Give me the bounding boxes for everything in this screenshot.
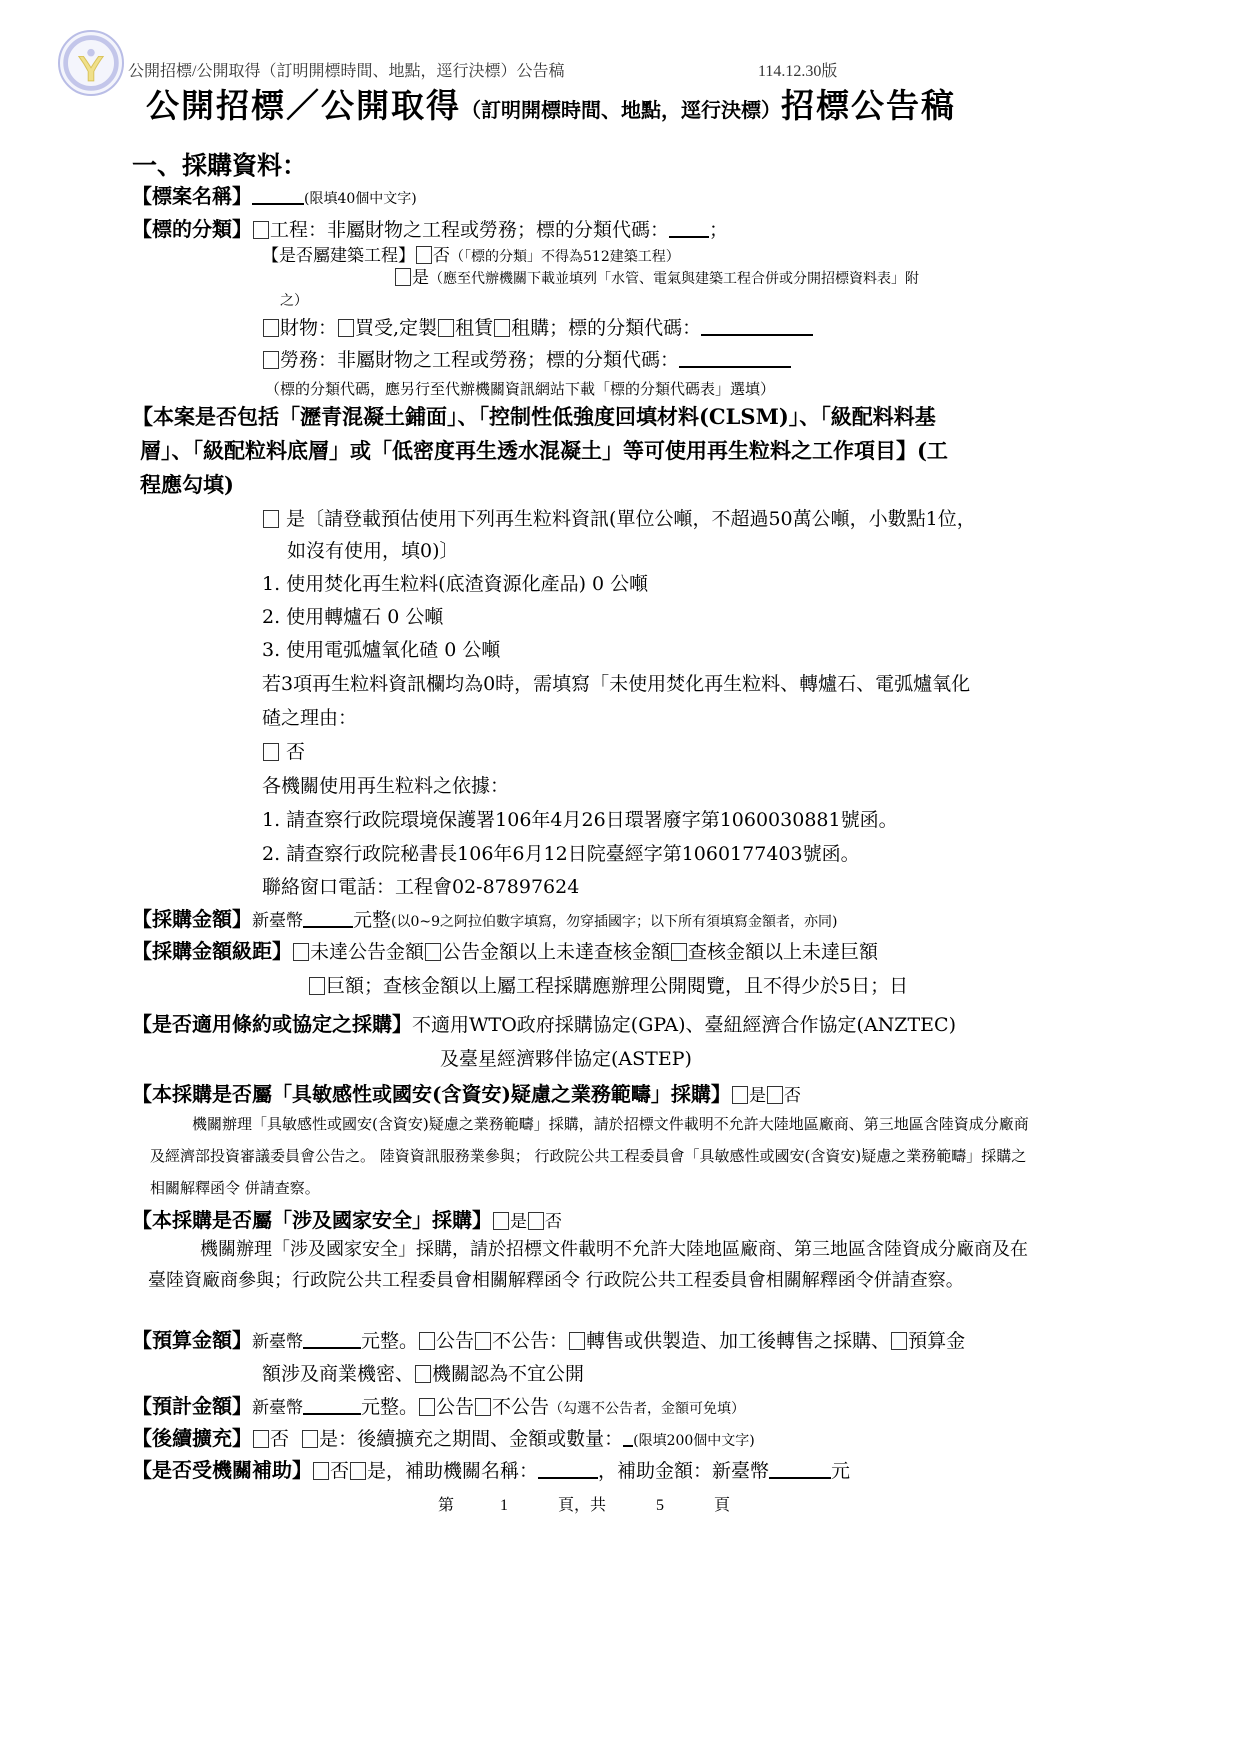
budget-reason1-checkbox[interactable] (569, 1332, 585, 1350)
subsidy-amount-text: ，補助金額：新臺幣 (598, 1460, 769, 1482)
recycled-zero-note-line1: 若3項再生粒料資訊欄均為0時，需填寫「未使用焚化再生粒料、轉爐石、電弧爐氧化 (262, 670, 970, 698)
national-security-yes-text: 是 (510, 1212, 527, 1232)
agency-logo (58, 30, 124, 96)
expansion-note: (限填200個中文字) (633, 1433, 755, 1449)
goods-hirepurchase-checkbox[interactable] (494, 319, 510, 337)
budget-prefix: 新臺幣 (252, 1332, 303, 1352)
expansion-row: 【後續擴充】否 是：後續擴充之期間、金額或數量：(限填200個中文字) (132, 1424, 755, 1455)
national-security-paragraph: 機關辦理「涉及國家安全」採購，請於招標文件載明不允許大陸地區廠商、第三地區含陸資… (148, 1234, 1028, 1296)
recycled-question-line1: 【本案是否包括「瀝青混凝土鋪面」、「控制性低強度回填材料(CLSM)」、「級配料… (132, 400, 936, 434)
national-security-label: 【本採購是否屬「涉及國家安全」採購】 (132, 1208, 492, 1232)
subsidy-no-checkbox[interactable] (313, 1462, 329, 1480)
goods-lease-checkbox[interactable] (438, 319, 454, 337)
sensitive-no-checkbox[interactable] (767, 1086, 783, 1104)
estimate-field[interactable] (303, 1395, 361, 1415)
recycled-yes-line2: 如沒有使用，填0)〕 (287, 537, 459, 565)
header-version: 114.12.30版 (758, 58, 837, 81)
range-opt3-text: 查核金額以上未達巨額 (688, 941, 878, 963)
recycled-basis-1: 1. 請查察行政院環境保護署106年4月26日環署廢字第1060030881號函… (262, 806, 898, 834)
building-label: 【是否屬建築工程】 (262, 246, 415, 266)
sensitive-row: 【本採購是否屬「具敏感性或國安(含資安)疑慮之業務範疇」採購】是否 (132, 1080, 801, 1110)
expansion-field[interactable] (623, 1427, 633, 1447)
subsidy-row: 【是否受機關補助】否是，補助機關名稱：，補助金額：新臺幣元 (132, 1456, 850, 1485)
subsidy-agency-field[interactable] (538, 1459, 598, 1479)
national-security-yes-checkbox[interactable] (493, 1212, 509, 1230)
building-no-text: 否 (433, 246, 450, 266)
building-yes-checkbox[interactable] (395, 268, 411, 286)
services-row: 勞務：非屬財物之工程或勞務；標的分類代碼： (262, 346, 791, 374)
amount-range-row2: 巨額；查核金額以上屬工程採購應辦理公開閱覽，且不得少於5日；日 (308, 972, 908, 1000)
subsidy-amount-field[interactable] (769, 1459, 831, 1479)
goods-lease-text: 租賃 (455, 317, 493, 339)
goods-checkbox[interactable] (263, 319, 279, 337)
goods-hirepurchase-text: 租購；標的分類代碼： (511, 317, 701, 339)
amount-range-row: 【採購金額級距】未達公告金額公告金額以上未達查核金額查核金額以上未達巨額 (132, 937, 878, 966)
title-paren: （訂明開標時間、地點，逕行決標） (461, 98, 781, 122)
amount-range-label: 【採購金額級距】 (132, 939, 292, 963)
recycled-no-checkbox[interactable] (263, 743, 279, 761)
goods-buy-text: 買受,定製 (355, 317, 437, 339)
page-title: 公開招標／公開取得（訂明開標時間、地點，逕行決標）招標公告稿 (146, 80, 956, 127)
estimate-note: （勾選不公告者，金額可免填） (549, 1401, 745, 1417)
recycled-question-line2: 層」、「級配粒料底層」或「低密度再生透水混凝土」等可使用再生粒料之工作項目】(工 (140, 434, 948, 468)
budget-reason2-checkbox[interactable] (891, 1332, 907, 1350)
range-opt4-text: 巨額；查核金額以上屬工程採購應辦理公開閱覽，且不得少於5日；日 (326, 975, 908, 997)
sensitive-label: 【本採購是否屬「具敏感性或國安(含資安)疑慮之業務範疇」採購】 (132, 1082, 731, 1106)
case-name-field[interactable] (252, 185, 304, 205)
amount-field[interactable] (303, 908, 353, 928)
engineering-end: ； (709, 219, 728, 241)
amount-prefix: 新臺幣 (252, 911, 303, 931)
budget-field[interactable] (303, 1329, 361, 1349)
budget-row: 【預算金額】新臺幣元整。公告不公告：轉售或供製造、加工後轉售之採購、預算金 (132, 1326, 965, 1356)
building-yes-note-cont: 之） (280, 290, 308, 310)
budget-private-text: 不公告： (492, 1330, 568, 1352)
page-footer: 第 1 頁，共 5 頁 (438, 1492, 730, 1515)
goods-code-field[interactable] (701, 316, 813, 336)
subsidy-yes-text: 是，補助機關名稱： (367, 1460, 538, 1482)
building-yes-note: （應至代辦機關下載並填列「水管、電氣與建築工程合併或分開招標資料表」附 (429, 271, 919, 287)
budget-reason2-text: 預算金 (908, 1330, 965, 1352)
recycled-no-row: 否 (262, 738, 305, 766)
budget-reason2b-text: 額涉及商業機密、 (262, 1363, 414, 1385)
recycled-item-1: 1. 使用焚化再生粒料(底渣資源化產品) 0 公噸 (262, 570, 648, 598)
recycled-item-2: 2. 使用轉爐石 0 公噸 (262, 603, 443, 631)
estimate-label: 【預計金額】 (132, 1394, 252, 1418)
header-subtitle: 公開招標/公開取得（訂明開標時間、地點，逕行決標）公告稿 (128, 58, 564, 81)
goods-text: 財物： (280, 317, 337, 339)
amount-note: (以0~9之阿拉伯數字填寫，勿穿插國字；以下所有須填寫金額者，亦同) (391, 914, 837, 930)
recycled-question-line3: 程應勾填) (140, 468, 234, 502)
national-security-no-checkbox[interactable] (528, 1212, 544, 1230)
case-name-row: 【標案名稱】(限填40個中文字) (132, 182, 417, 213)
footer-page-number: 1 (500, 1497, 508, 1515)
subsidy-label: 【是否受機關補助】 (132, 1458, 312, 1482)
budget-public-text: 公告 (436, 1330, 474, 1352)
services-text: 勞務：非屬財物之工程或勞務；標的分類代碼： (280, 349, 679, 371)
building-no-note: （「標的分類」不得為512建築工程） (450, 249, 680, 265)
footer-page-suffix: 頁 (714, 1492, 730, 1515)
budget-public-checkbox[interactable] (419, 1332, 435, 1350)
footer-total-prefix: 頁，共 (558, 1492, 606, 1515)
budget-suffix: 元整。 (361, 1330, 418, 1352)
sensitive-no-text: 否 (784, 1086, 801, 1106)
sensitive-paragraph: 機關辦理「具敏感性或國安(含資安)疑慮之業務範疇」採購，請於招標文件載明不允許大… (150, 1108, 1035, 1204)
budget-reason3-text: 機關認為不宜公開 (432, 1363, 584, 1385)
category-label: 【標的分類】 (132, 217, 252, 241)
building-no-checkbox[interactable] (416, 246, 432, 264)
range-under-public-checkbox[interactable] (293, 943, 309, 961)
range-public-checkbox[interactable] (425, 943, 441, 961)
recycled-basis-2: 2. 請查察行政院秘書長106年6月12日院臺經字第1060177403號函。 (262, 840, 860, 868)
expansion-label: 【後續擴充】 (132, 1426, 252, 1450)
sensitive-yes-text: 是 (749, 1086, 766, 1106)
treaty-row: 【是否適用條約或協定之採購】不適用WTO政府採購協定(GPA)、臺紐經濟合作協定… (132, 1010, 956, 1039)
expansion-yes-text: 是：後續擴充之期間、金額或數量： (319, 1428, 623, 1450)
expansion-no-text: 否 (270, 1428, 289, 1450)
range-opt1-text: 未達公告金額 (310, 941, 424, 963)
recycled-contact: 聯絡窗口電話：工程會02-87897624 (262, 873, 579, 901)
building-yes-row: 是（應至代辦機關下載並填列「水管、電氣與建築工程合併或分開招標資料表」附 (394, 264, 919, 293)
recycled-yes-row: 是〔請登載預估使用下列再生粒料資訊(單位公噸，不超過50萬公噸，小數點1位， (262, 505, 976, 533)
recycled-yes-checkbox[interactable] (263, 510, 279, 528)
services-checkbox[interactable] (263, 351, 279, 369)
budget-private-checkbox[interactable] (475, 1332, 491, 1350)
range-huge-checkbox[interactable] (309, 977, 325, 995)
treaty-label: 【是否適用條約或協定之採購】 (132, 1012, 412, 1036)
category-code-note: （標的分類代碼，應另行至代辦機關資訊網站下載「標的分類代碼表」選填） (265, 378, 775, 399)
goods-row: 財物：買受,定製租賃租購；標的分類代碼： (262, 314, 813, 342)
title-main-left: 公開招標／公開取得 (146, 86, 461, 125)
footer-total-pages: 5 (656, 1497, 664, 1515)
amount-row: 【採購金額】新臺幣元整(以0~9之阿拉伯數字填寫，勿穿插國字；以下所有須填寫金額… (132, 905, 837, 936)
engineering-checkbox[interactable] (253, 221, 269, 239)
subsidy-unit: 元 (831, 1460, 850, 1482)
amount-label: 【採購金額】 (132, 907, 252, 931)
recycled-zero-note-line2: 碴之理由： (262, 704, 357, 732)
budget-reason3-checkbox[interactable] (415, 1365, 431, 1383)
recycled-basis-heading: 各機關使用再生粒料之依據： (262, 772, 509, 800)
expansion-yes-checkbox[interactable] (302, 1430, 318, 1448)
case-name-note: (限填40個中文字) (304, 191, 417, 207)
recycled-item-3: 3. 使用電弧爐氧化碴 0 公噸 (262, 636, 500, 664)
recycled-no-text: 否 (286, 741, 305, 763)
footer-page-prefix: 第 (438, 1492, 454, 1515)
engineering-code-field[interactable] (669, 218, 709, 238)
estimate-suffix: 元整。 (361, 1396, 418, 1418)
budget-row2: 額涉及商業機密、機關認為不宜公開 (262, 1360, 584, 1388)
national-security-no-text: 否 (545, 1212, 562, 1232)
engineering-text: 工程：非屬財物之工程或勞務；標的分類代碼： (270, 219, 669, 241)
recycled-yes-text: 是〔請登載預估使用下列再生粒料資訊(單位公噸，不超過50萬公噸，小數點1位， (286, 508, 976, 530)
expansion-no-checkbox[interactable] (253, 1430, 269, 1448)
budget-reason1-text: 轉售或供製造、加工後轉售之採購、 (586, 1330, 890, 1352)
estimate-private-text: 不公告 (492, 1396, 549, 1418)
estimate-row: 【預計金額】新臺幣元整。公告不公告（勾選不公告者，金額可免填） (132, 1392, 745, 1423)
category-row: 【標的分類】工程：非屬財物之工程或勞務；標的分類代碼：； (132, 215, 728, 244)
logo-emblem-icon (60, 32, 122, 94)
treaty-text-line1: 不適用WTO政府採購協定(GPA)、臺紐經濟合作協定(ANZTEC) (412, 1014, 956, 1036)
services-code-field[interactable] (679, 348, 791, 368)
building-yes-text: 是 (412, 268, 429, 288)
amount-suffix: 元整 (353, 909, 391, 931)
subsidy-yes-checkbox[interactable] (350, 1462, 366, 1480)
national-security-row: 【本採購是否屬「涉及國家安全」採購】是否 (132, 1206, 562, 1236)
subsidy-no-text: 否 (330, 1460, 349, 1482)
section-heading: 一、採購資料： (132, 146, 307, 182)
estimate-public-text: 公告 (436, 1396, 474, 1418)
budget-label: 【預算金額】 (132, 1328, 252, 1352)
range-opt2-text: 公告金額以上未達查核金額 (442, 941, 670, 963)
estimate-private-checkbox[interactable] (475, 1398, 491, 1416)
sensitive-yes-checkbox[interactable] (732, 1086, 748, 1104)
estimate-prefix: 新臺幣 (252, 1398, 303, 1418)
range-audit-checkbox[interactable] (671, 943, 687, 961)
treaty-text-line2: 及臺星經濟夥伴協定(ASTEP) (440, 1045, 692, 1073)
case-name-label: 【標案名稱】 (132, 184, 252, 208)
title-main-right: 招標公告稿 (781, 86, 956, 125)
goods-buy-checkbox[interactable] (338, 319, 354, 337)
estimate-public-checkbox[interactable] (419, 1398, 435, 1416)
